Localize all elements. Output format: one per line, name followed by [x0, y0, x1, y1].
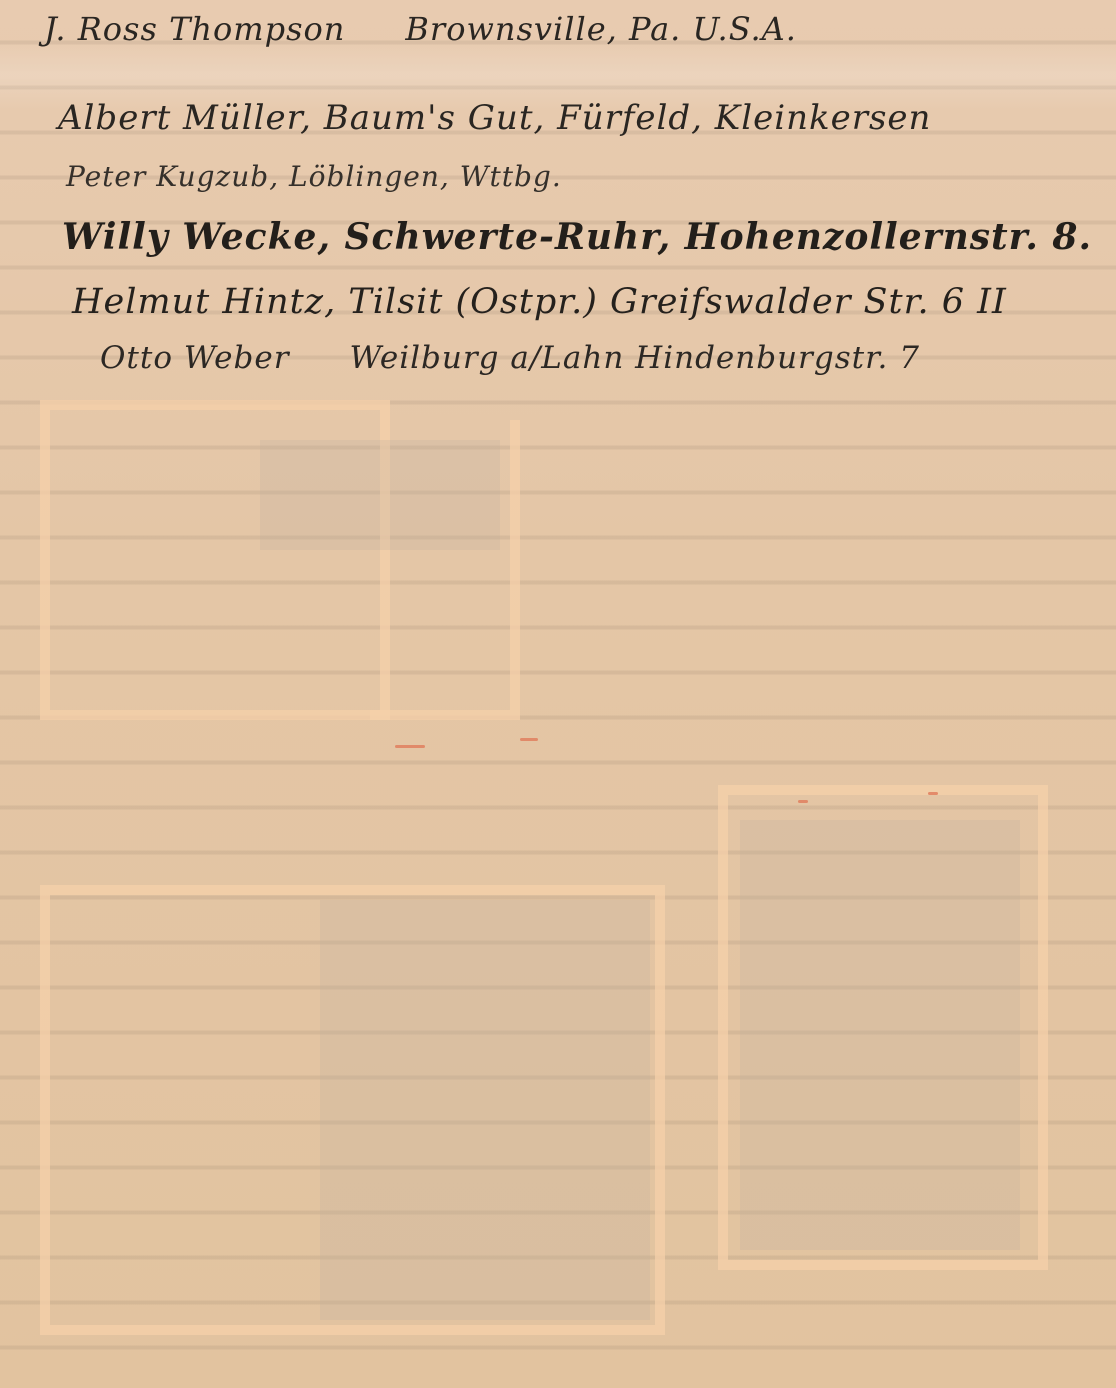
- entry-name: Willy Wecke: [62, 216, 317, 258]
- entry-4: Willy Wecke, Schwerte-Ruhr, Hohenzollern…: [62, 216, 1092, 258]
- entry-address: Baum's Gut, Fürfeld, Kleinkersen: [324, 98, 932, 138]
- entry-address: Brownsville, Pa. U.S.A.: [405, 10, 797, 48]
- entry-6: Otto WeberWeilburg a/Lahn Hindenburgstr.…: [100, 340, 920, 376]
- red-mark: [798, 800, 808, 803]
- entry-3: Peter Kugzub, Löblingen, Wttbg.: [66, 160, 562, 193]
- entry-1: J. Ross ThompsonBrownsville, Pa. U.S.A.: [44, 10, 797, 48]
- entry-name: Albert Müller: [58, 98, 300, 138]
- red-mark: [928, 792, 938, 795]
- entry-address: Schwerte-Ruhr, Hohenzollernstr. 8.: [345, 216, 1092, 258]
- bleed-through-block: [260, 440, 500, 550]
- red-mark: [520, 738, 538, 741]
- entry-address: Weilburg a/Lahn Hindenburgstr. 7: [350, 340, 920, 376]
- entry-5: Helmut Hintz, Tilsit (Ostpr.) Greifswald…: [72, 282, 1007, 322]
- entry-name: J. Ross Thompson: [44, 10, 345, 48]
- entry-address: Löblingen, Wttbg.: [289, 160, 562, 193]
- entry-2: Albert Müller, Baum's Gut, Fürfeld, Klei…: [58, 98, 931, 138]
- bleed-through-block: [320, 900, 650, 1320]
- entry-name: Peter Kugzub: [66, 160, 269, 193]
- bleed-through-block: [740, 820, 1020, 1250]
- entry-name: Otto Weber: [100, 340, 290, 376]
- entry-address: Tilsit (Ostpr.) Greifswalder Str. 6 II: [348, 282, 1006, 322]
- red-mark: [395, 745, 425, 748]
- entry-name: Helmut Hintz: [72, 282, 324, 322]
